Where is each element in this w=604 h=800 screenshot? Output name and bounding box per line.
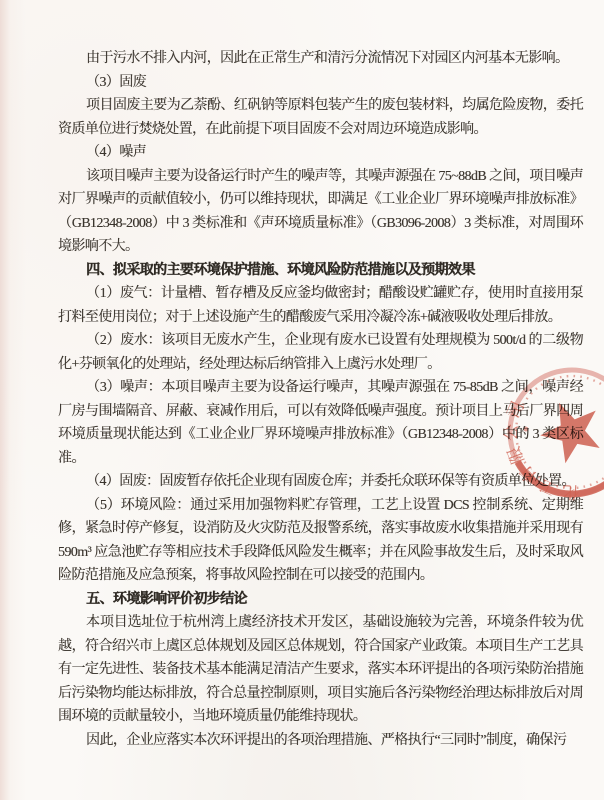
paragraph: 本项目选址位于杭州湾上虞经济技术开发区，基础设施较为完善，环境条件较为优越，符合… [58, 611, 583, 729]
section-heading: 四、拟采取的主要环境保护措施、环境风险防范措施以及预期效果 [58, 259, 583, 283]
paragraph: （4）噪声 [58, 141, 583, 165]
paragraph: 项目固废主要为乙萘酚、红矾钠等原料包装产生的废包装材料，均属危险废物，委托资质单… [58, 94, 583, 141]
paragraph: （3）固废 [58, 71, 583, 95]
paragraph: （1）废气：计量槽、暂存槽及反应釜均做密封；醋酸设贮罐贮存，使用时直接用泵打料至… [58, 282, 583, 329]
paragraph: （3）噪声：本项目噪声主要为设备运行噪声，其噪声源强在 75-85dB 之间，噪… [58, 376, 583, 470]
document-content: 由于污水不排入内河，因此在正常生产和清污分流情况下对园区内河基本无影响。 （3）… [58, 47, 583, 752]
scanned-document-page: 由于污水不排入内河，因此在正常生产和清污分流情况下对园区内河基本无影响。 （3）… [0, 0, 604, 800]
paragraph: 该项目噪声主要为设备运行时产生的噪声等，其噪声源强在 75~88dB 之间，项目… [58, 165, 583, 259]
paragraph: （4）固废：固废暂存依托企业现有固废仓库；并委托众联环保等有资质单位处置。 [58, 470, 583, 494]
section-heading: 五、环境影响评价初步结论 [58, 588, 583, 612]
paragraph: （2）废水：该项目无废水产生，企业现有废水已设置有处理规模为 500t/d 的二… [58, 329, 583, 376]
paragraph: 由于污水不排入内河，因此在正常生产和清污分流情况下对园区内河基本无影响。 [58, 47, 583, 71]
paragraph: 因此，企业应落实本次环评提出的各项治理措施、严格执行“三同时”制度，确保污 [58, 729, 583, 753]
paragraph: （5）环境风险：通过采用加强物料贮存管理，工艺上设置 DCS 控制系统、定期维修… [58, 494, 583, 588]
